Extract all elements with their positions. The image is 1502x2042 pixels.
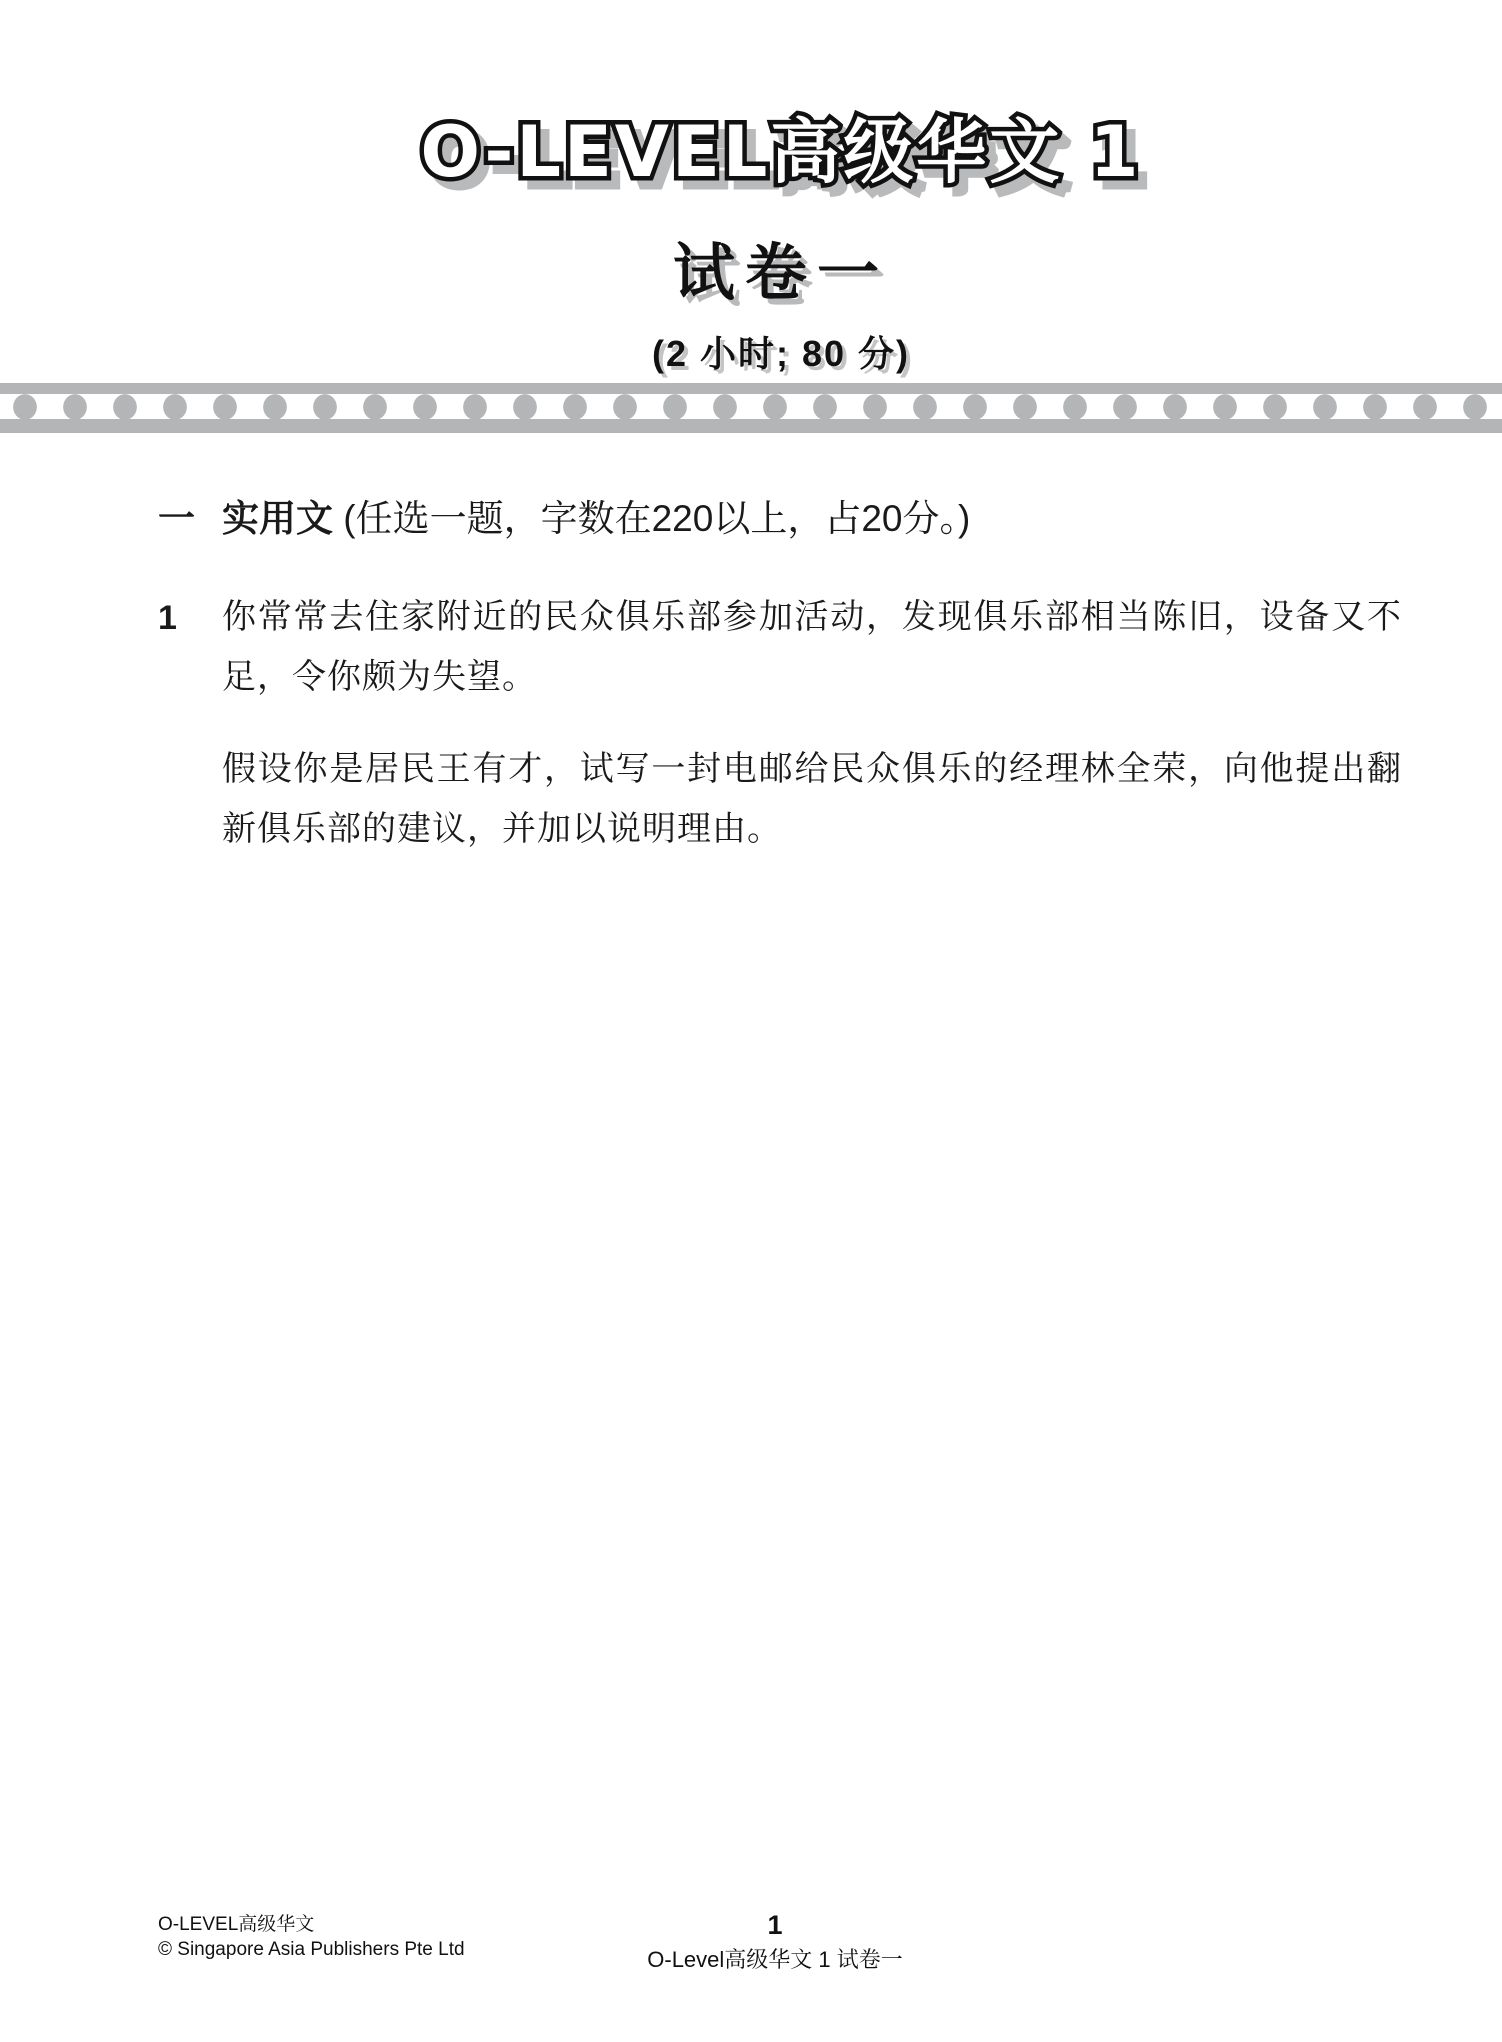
footer-left-block: O-LEVEL高级华文 © Singapore Asia Publishers …	[158, 1912, 465, 1962]
question-number: 1	[158, 588, 222, 648]
duration-marks: (2 小时; 80 分)	[160, 326, 1402, 377]
footer-center-block: 1 O-Level高级华文 1 试卷一	[647, 1908, 903, 1974]
section-heading-text: 实用文 (任选一题，字数在220以上，占20分。)	[222, 492, 970, 546]
question-1: 1 你常常去住家附近的民众俱乐部参加活动，发现俱乐部相当陈旧，设备又不足，令你颇…	[158, 588, 1402, 860]
section-title: 实用文	[222, 498, 333, 539]
question-paragraph: 你常常去住家附近的民众俱乐部参加活动，发现俱乐部相当陈旧，设备又不足，令你颇为失…	[222, 588, 1402, 708]
footer-page-label: O-Level高级华文 1 试卷一	[647, 1946, 903, 1974]
footer-copyright: © Singapore Asia Publishers Pte Ltd	[158, 1937, 465, 1962]
filmstrip-divider	[0, 383, 1502, 433]
section-marker: 一	[158, 492, 222, 546]
page-number: 1	[647, 1908, 903, 1942]
footer-series-title: O-LEVEL高级华文	[158, 1912, 465, 1937]
question-body: 你常常去住家附近的民众俱乐部参加活动，发现俱乐部相当陈旧，设备又不足，令你颇为失…	[222, 588, 1402, 860]
question-paragraph: 假设你是居民王有才，试写一封电邮给民众俱乐的经理林全荣，向他提出翻新俱乐部的建议…	[222, 740, 1402, 860]
question-area: 一 实用文 (任选一题，字数在220以上，占20分。) 1 你常常去住家附近的民…	[158, 492, 1402, 860]
section-note: (任选一题，字数在220以上，占20分。)	[343, 498, 970, 539]
exam-page: O-LEVEL高级华文 1 试卷一 (2 小时; 80 分) 一 实用文 (任选…	[0, 0, 1502, 2042]
paper-title: 试卷一	[160, 223, 1402, 312]
section-heading: 一 实用文 (任选一题，字数在220以上，占20分。)	[158, 492, 1402, 546]
page-footer: O-LEVEL高级华文 © Singapore Asia Publishers …	[0, 1908, 1502, 1988]
page-header: O-LEVEL高级华文 1 试卷一 (2 小时; 80 分)	[160, 96, 1402, 377]
series-title: O-LEVEL高级华文 1	[421, 96, 1142, 197]
